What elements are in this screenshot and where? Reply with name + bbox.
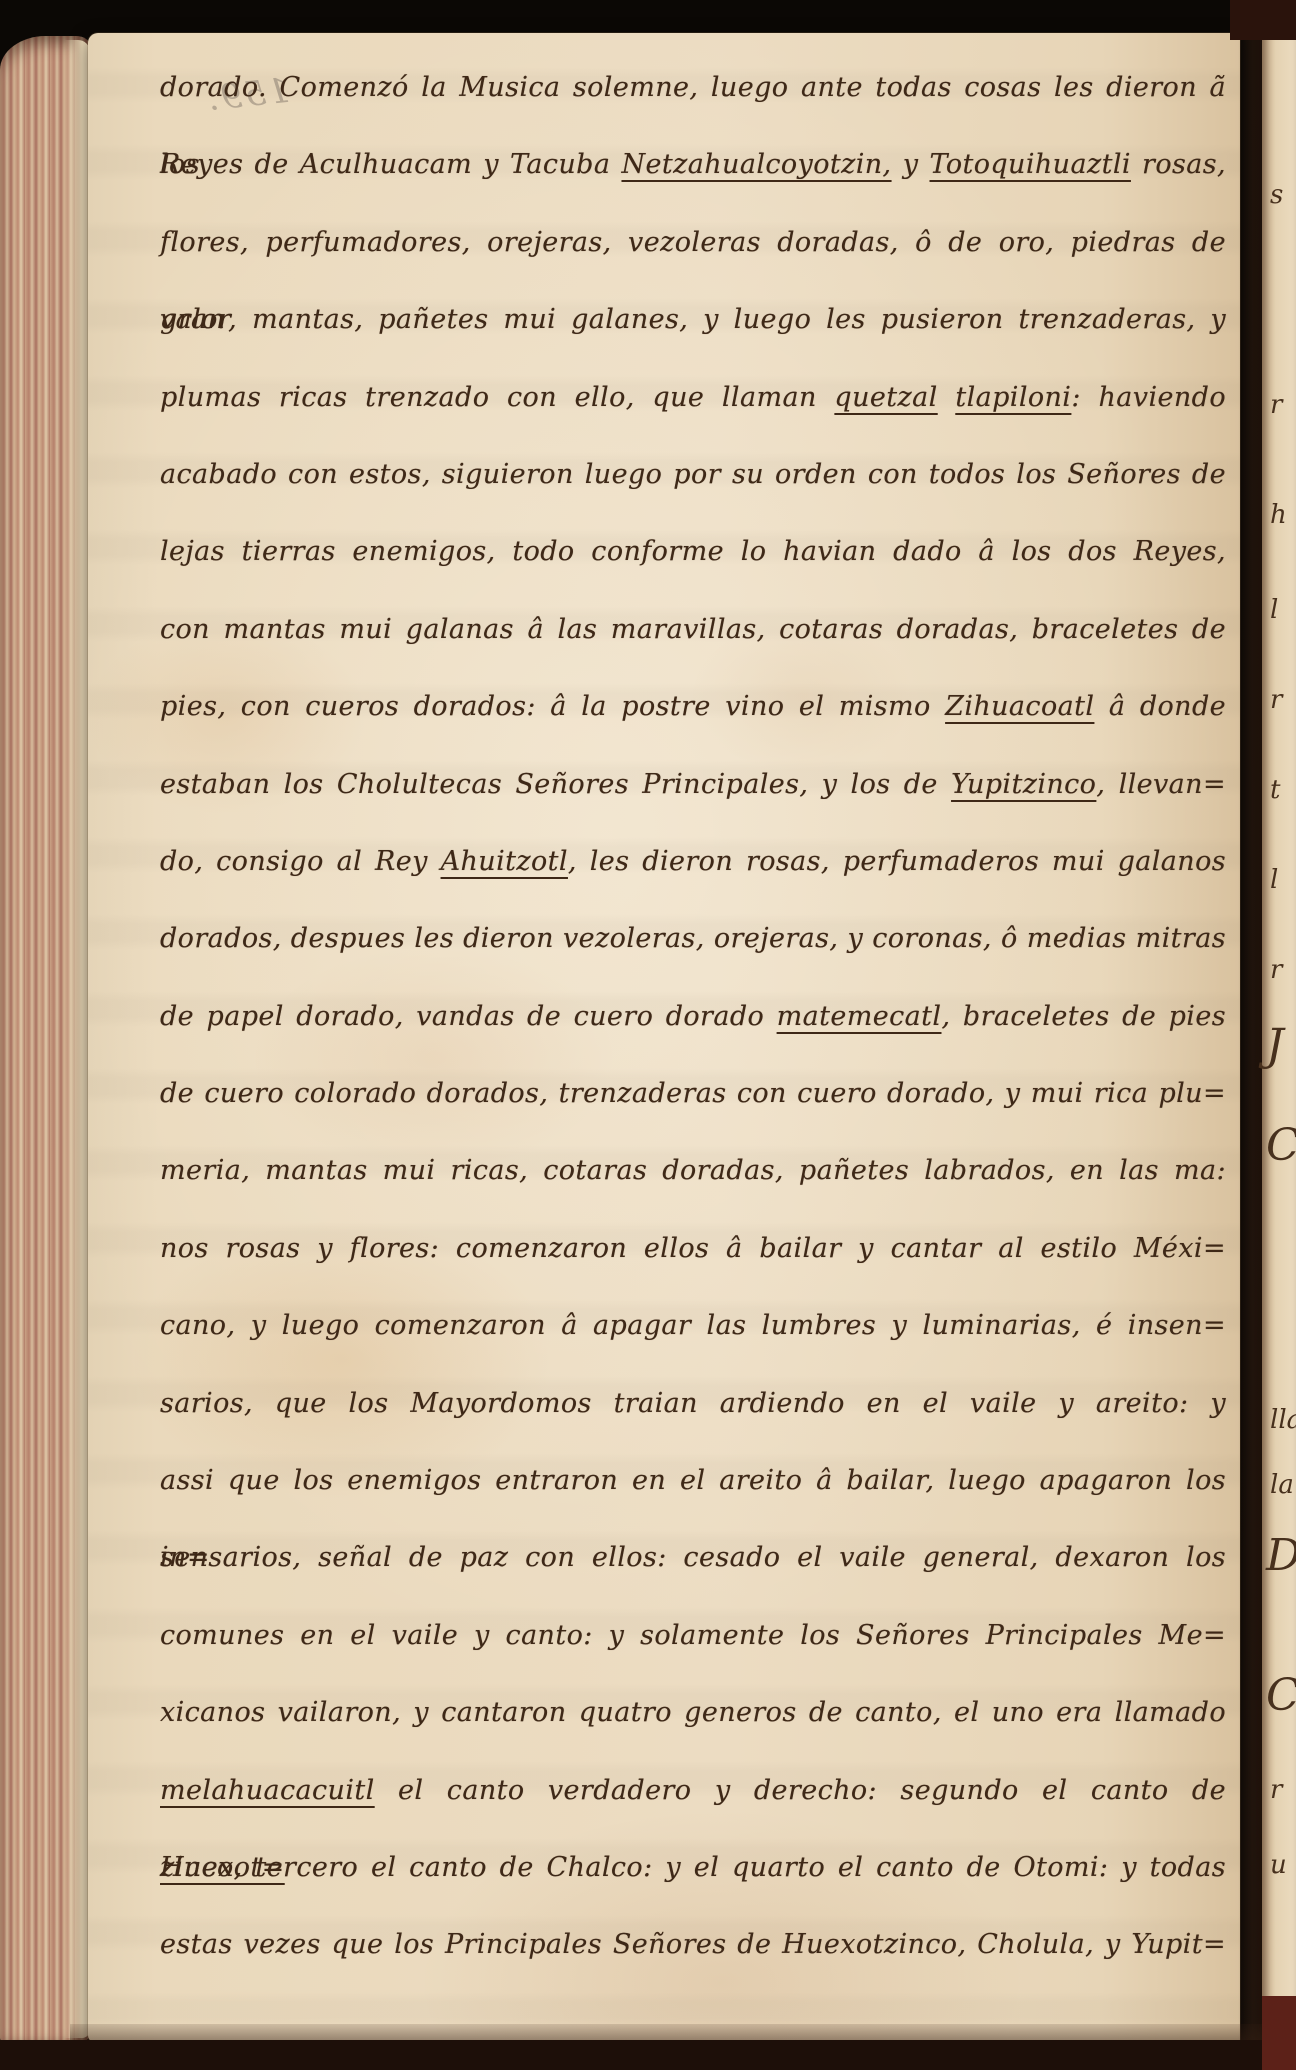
text-segment: do, consigo al Rey [160, 846, 441, 877]
manuscript-line: melahuacacuitl el canto verdadero y dere… [160, 1752, 1226, 1829]
manuscript-line: flores, perfumadores, orejeras, vezolera… [160, 204, 1226, 281]
gutter-shadow [1238, 30, 1264, 2044]
text-segment: â donde [1094, 691, 1226, 722]
manuscript-line: nos rosas y flores: comenzaron ellos â b… [160, 1210, 1226, 1287]
manuscript-line: xicanos vailaron, y cantaron quatro gene… [160, 1674, 1226, 1751]
page-edge-face [64, 40, 90, 2038]
book-cover-corner [1262, 1996, 1296, 2070]
underlined-term: tlapiloni [955, 382, 1071, 413]
manuscript-line: do, consigo al Rey Ahuitzotl, les dieron… [160, 823, 1226, 900]
text-segment: , llevan= [1096, 769, 1226, 800]
facing-page-partial-text: la [1270, 1470, 1294, 1500]
text-segment: acabado con estos, siguieron luego por s… [160, 459, 1226, 490]
text-segment: de papel dorado, vandas de cuero dorado [160, 1001, 777, 1032]
manuscript-line: de cuero colorado dorados, trenzaderas c… [160, 1055, 1226, 1132]
manuscript-text: dorado. Comenzó la Musica solemne, luego… [160, 49, 1226, 1984]
text-segment: el canto verdadero y derecho: segundo el… [375, 1775, 1226, 1806]
underlined-term: zinco [160, 1852, 234, 1883]
manuscript-line: cano, y luego comenzaron â apagar las lu… [160, 1287, 1226, 1364]
text-segment: xicanos vailaron, y cantaron quatro gene… [160, 1697, 1226, 1728]
facing-page-partial-text: l [1270, 595, 1278, 625]
underlined-term: matemecatl [777, 1001, 942, 1032]
facing-page-partial-text: lla [1270, 1405, 1296, 1435]
underlined-term: Zihuacoatl [945, 691, 1094, 722]
manuscript-line: plumas ricas trenzado con ello, que llam… [160, 359, 1226, 436]
facing-page-partial-text: s [1270, 180, 1283, 210]
text-segment: , les dieron rosas, perfumaderos mui gal… [568, 846, 1226, 877]
text-segment: meria, mantas mui ricas, cotaras doradas… [160, 1155, 1226, 1186]
text-segment: nos rosas y flores: comenzaron ellos â b… [160, 1233, 1226, 1264]
manuscript-line: sarios, que los Mayordomos traian ardien… [160, 1365, 1226, 1442]
manuscript-line: estaban los Cholultecas Señores Principa… [160, 746, 1226, 823]
text-segment: comunes en el vaile y canto: y solamente… [160, 1620, 1226, 1651]
page-edge-stack [0, 36, 90, 2042]
manuscript-line: meria, mantas mui ricas, cotaras doradas… [160, 1132, 1226, 1209]
manuscript-line: assi que los enemigos entraron en el are… [160, 1442, 1226, 1519]
underlined-term: Ahuitzotl [441, 846, 568, 877]
manuscript-line: acabado con estos, siguieron luego por s… [160, 436, 1226, 513]
binding-top-corner [1230, 0, 1296, 40]
manuscript-line: zinco, tercero el canto de Chalco: y el … [160, 1829, 1226, 1906]
text-segment: plumas ricas trenzado con ello, que llam… [160, 382, 834, 413]
manuscript-line: comunes en el vaile y canto: y solamente… [160, 1597, 1226, 1674]
text-segment: de cuero colorado dorados, trenzaderas c… [160, 1078, 1226, 1109]
facing-page-partial-text: l [1270, 865, 1278, 895]
facing-page-partial-text: t [1270, 775, 1280, 805]
text-segment: Reyes de Aculhuacam y Tacuba [160, 149, 621, 180]
manuscript-line: Reyes de Aculhuacam y Tacuba Netzahualco… [160, 126, 1226, 203]
facing-page-partial-text: r [1270, 955, 1282, 985]
facing-page-sliver: srhlrtlrJCllalaDCru [1262, 30, 1296, 2026]
text-segment: : haviendo [1071, 382, 1226, 413]
facing-page-partial-text: r [1270, 390, 1282, 420]
underlined-term: quetzal [834, 382, 937, 413]
underlined-term: Netzahualcoyotzin, [621, 149, 891, 180]
text-segment: sensarios, señal de paz con ellos: cesad… [160, 1542, 1226, 1573]
text-segment: , tercero el canto de Chalco: y el quart… [234, 1852, 1226, 1883]
facing-page-partial-text: D [1266, 1530, 1296, 1581]
facing-page-partial-text: h [1270, 500, 1287, 530]
manuscript-line: dorado. Comenzó la Musica solemne, luego… [160, 49, 1226, 126]
text-segment: cano, y luego comenzaron â apagar las lu… [160, 1310, 1226, 1341]
text-segment: valor, mantas, pañetes mui galanes, y lu… [160, 304, 1226, 335]
manuscript-page: 159. dorado. Comenzó la Musica solemne, … [88, 33, 1240, 2043]
facing-page-partial-text: u [1270, 1850, 1287, 1880]
text-segment: sarios, que los Mayordomos traian ardien… [160, 1388, 1226, 1419]
text-segment: con mantas mui galanas â las maravillas,… [160, 614, 1226, 645]
text-segment: pies, con cueros dorados: â la postre vi… [160, 691, 945, 722]
underlined-term: Yupitzinco [951, 769, 1096, 800]
facing-page-partial-text: r [1270, 685, 1282, 715]
text-segment: estas vezes que los Principales Señores … [160, 1929, 1226, 1960]
manuscript-line: pies, con cueros dorados: â la postre vi… [160, 668, 1226, 745]
text-segment: lejas tierras enemigos, todo conforme lo… [160, 536, 1226, 567]
manuscript-line: valor, mantas, pañetes mui galanes, y lu… [160, 281, 1226, 358]
manuscript-line: dorados, despues les dieron vezoleras, o… [160, 900, 1226, 977]
book-cover-bottom [0, 2040, 1296, 2070]
manuscript-line: con mantas mui galanas â las maravillas,… [160, 591, 1226, 668]
text-segment: y [892, 149, 930, 180]
underlined-term: melahuacacuitl [160, 1775, 375, 1806]
facing-page-partial-text: C [1266, 1120, 1296, 1171]
manuscript-line: lejas tierras enemigos, todo conforme lo… [160, 513, 1226, 590]
facing-page-partial-text: r [1270, 1775, 1282, 1805]
facing-page-partial-text: J [1266, 1020, 1284, 1071]
manuscript-line: de papel dorado, vandas de cuero dorado … [160, 978, 1226, 1055]
manuscript-line: estas vezes que los Principales Señores … [160, 1906, 1226, 1983]
text-segment: estaban los Cholultecas Señores Principa… [160, 769, 951, 800]
underlined-term: Totoquihuaztli [930, 149, 1131, 180]
text-segment [938, 382, 956, 413]
text-segment: rosas, [1131, 149, 1226, 180]
manuscript-line: sensarios, señal de paz con ellos: cesad… [160, 1519, 1226, 1596]
facing-page-partial-text: C [1266, 1670, 1296, 1721]
text-segment: dorados, despues les dieron vezoleras, o… [160, 923, 1226, 954]
text-segment: , braceletes de pies [941, 1001, 1226, 1032]
